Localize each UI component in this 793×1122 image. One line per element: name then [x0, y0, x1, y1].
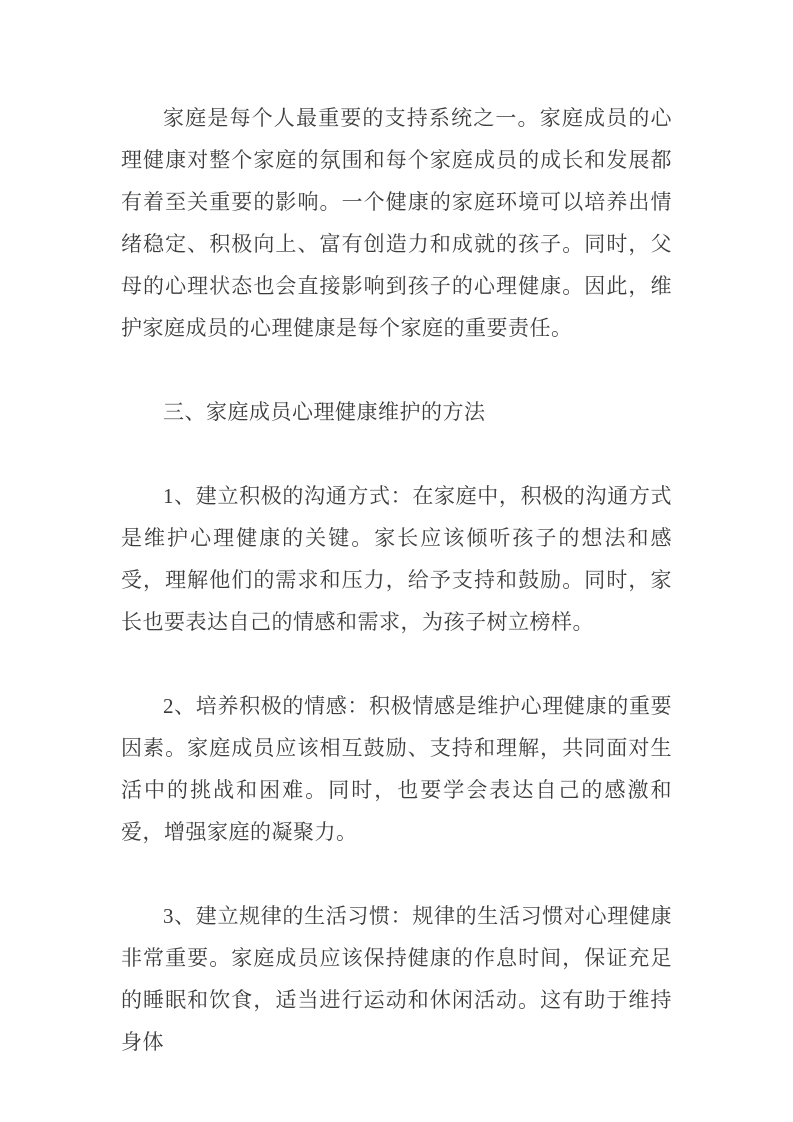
- section-heading: 三、家庭成员心理健康维护的方法: [121, 391, 672, 433]
- body-paragraph-method-2: 2、培养积极的情感：积极情感是维护心理健康的重要因素。家庭成员应该相互鼓励、支持…: [121, 685, 672, 853]
- body-paragraph-method-1: 1、建立积极的沟通方式：在家庭中，积极的沟通方式是维护心理健康的关键。家长应该倾…: [121, 475, 672, 643]
- body-paragraph-method-3: 3、建立规律的生活习惯：规律的生活习惯对心理健康非常重要。家庭成员应该保持健康的…: [121, 895, 672, 1063]
- document-page: 家庭是每个人最重要的支持系统之一。家庭成员的心理健康对整个家庭的氛围和每个家庭成…: [0, 0, 793, 1122]
- document-content: 家庭是每个人最重要的支持系统之一。家庭成员的心理健康对整个家庭的氛围和每个家庭成…: [121, 97, 672, 1063]
- body-paragraph-intro: 家庭是每个人最重要的支持系统之一。家庭成员的心理健康对整个家庭的氛围和每个家庭成…: [121, 97, 672, 349]
